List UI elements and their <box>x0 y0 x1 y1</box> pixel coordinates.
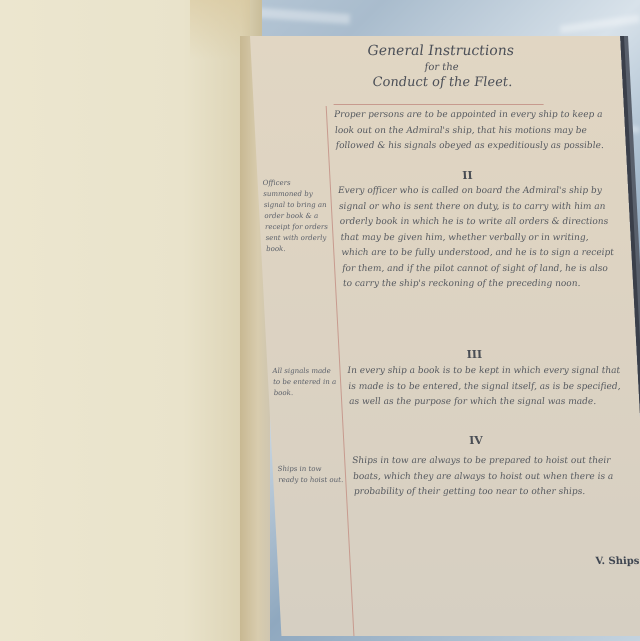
left-blank-page <box>0 0 262 641</box>
page-title: General Instructions for the Conduct of … <box>340 42 543 92</box>
margin-note-3: Ships in tow ready to hoist out. <box>277 464 344 486</box>
title-line-3: Conduct of the Fleet. <box>342 74 543 92</box>
title-line-2: for the <box>341 61 542 75</box>
catchword: V. Ships <box>595 556 639 567</box>
section-2-text: Every officer who is called on board the… <box>338 184 619 293</box>
title-line-1: General Instructions <box>340 42 541 61</box>
handwritten-page: General Instructions for the Conduct of … <box>250 36 640 636</box>
section-3-numeral: III <box>466 348 482 361</box>
section-4-numeral: IV <box>469 434 483 447</box>
title-rule <box>334 104 544 105</box>
section-4-text: Ships in tow are always to be prepared t… <box>352 454 629 501</box>
section-3-text: In every ship a book is to be kept in wh… <box>347 364 624 411</box>
section-2-numeral: II <box>462 169 473 182</box>
margin-note-2: All signals made to be entered in a book… <box>272 366 340 399</box>
margin-note-1: Officers summoned by signal to bring an … <box>262 178 332 255</box>
section-1-text: Proper persons are to be appointed in ev… <box>334 108 611 155</box>
